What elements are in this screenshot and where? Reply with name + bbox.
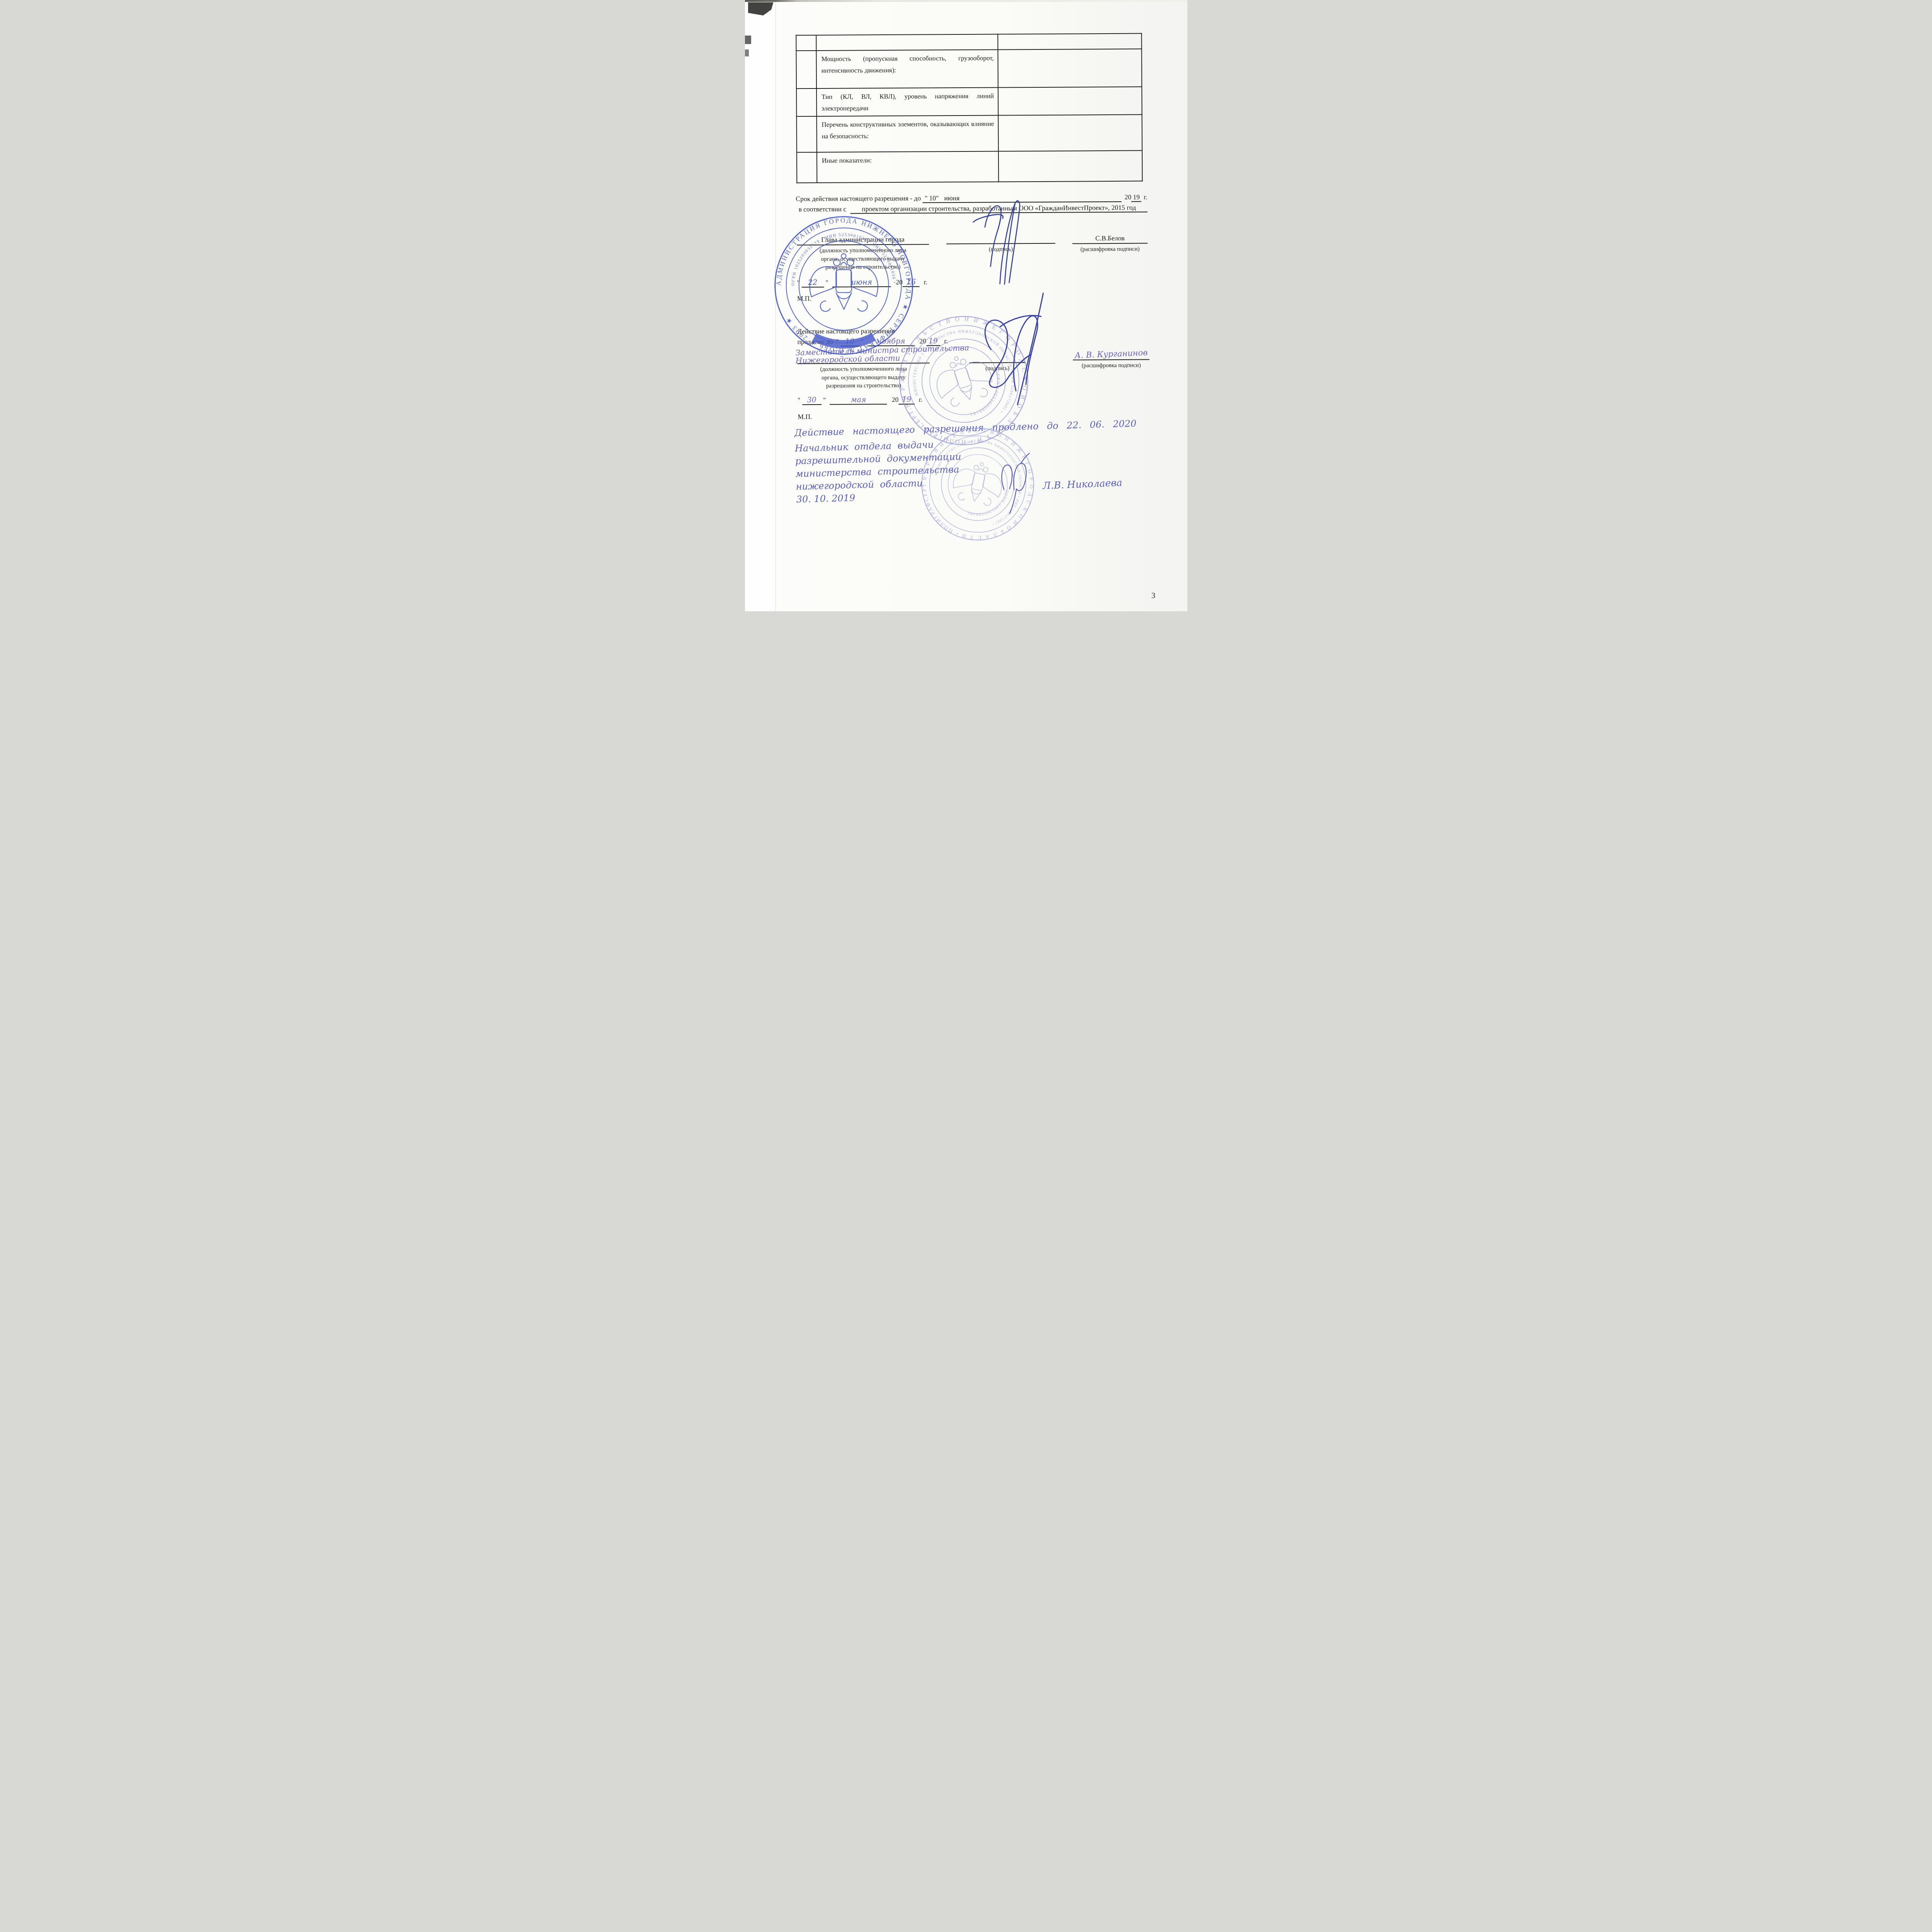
signature-kurganinov: [985, 293, 1044, 405]
validity-day-blank: " 10": [922, 194, 941, 203]
sig1-note-line: разрешения на строительство): [797, 263, 929, 272]
table-cell-label: Иные показатели:: [816, 151, 998, 183]
table-cell-label: Перечень конструктивных элементов, оказы…: [816, 116, 998, 152]
sig1-seal-mark: М.П.: [797, 294, 811, 303]
ext1-sign-column: (подпись): [969, 362, 1025, 373]
page-number: 3: [1151, 591, 1155, 600]
svg-text:ОГРН 1065260099101: ОГРН 1065260099101: [958, 369, 1011, 418]
sig1-date-unit: г.: [923, 278, 927, 286]
ext1-date-month: мая: [830, 395, 887, 405]
ext1-name-handwritten: А. В. Курганинов: [1073, 348, 1150, 360]
table-cell-value: [998, 151, 1142, 182]
table-row: [796, 34, 1141, 51]
sig1-position-title: Глава администрации города: [797, 235, 929, 246]
sig1-sign-column: (подпись): [946, 235, 1055, 254]
ext1-position-column: (должность уполномоченного лица органа, …: [797, 362, 929, 390]
accordance-value: проектом организации строительства, разр…: [850, 204, 1147, 214]
sig1-name-column: С.В.Белов (расшифровка подписи): [1072, 234, 1148, 254]
sig1-name-label: (расшифровка подписи): [1072, 245, 1148, 254]
sig1-name: С.В.Белов: [1072, 234, 1148, 244]
table-row: Перечень конструктивных элементов, оказы…: [796, 115, 1142, 153]
validity-line: Срок действия настоящего разрешения - до…: [796, 193, 1147, 204]
table-cell-num: [796, 88, 816, 116]
sig1-date-month: июня: [832, 278, 891, 287]
ext1-date-line: " 30 " мая 2019 г.: [798, 395, 922, 405]
table-row: Мощность (пропускная способность, грузоо…: [796, 49, 1142, 89]
table-cell-value: [998, 34, 1141, 50]
ext1-date-year-prefix: 20: [892, 396, 899, 403]
ext1-note-line: разрешения на строительство): [798, 381, 930, 390]
table-cell-num: [796, 152, 816, 183]
table-cell-num: [796, 116, 816, 152]
ext1-date-day: 30: [802, 396, 821, 405]
validity-year-blank: 19: [1131, 193, 1141, 202]
sig1-date-year: 16: [902, 278, 919, 287]
table-cell-label: [816, 34, 998, 51]
validity-prefix: Срок действия настоящего разрешения - до: [796, 194, 921, 203]
close-quote: ": [825, 279, 828, 286]
open-quote: ": [798, 396, 800, 404]
validity-month-blank: июня: [941, 193, 1121, 203]
table-row: Иные показатели:: [796, 151, 1142, 183]
sig1-date-line: " 22 " июня 2016 г.: [797, 278, 927, 288]
ext1-date-unit: г.: [918, 396, 922, 403]
ext1-line1: Действие настоящего разрешения: [797, 327, 895, 335]
sig1-date-day: 22: [801, 278, 824, 287]
validity-year-unit: г.: [1143, 193, 1147, 201]
ext1-name-label: (расшифровка подписи): [1073, 362, 1149, 371]
ext1-seal-mark: М.П.: [798, 413, 812, 421]
table-cell-value: [998, 87, 1142, 116]
ext1-day: 10: [840, 337, 859, 346]
close-quote: ": [861, 337, 863, 345]
ext1-note-line: (должность уполномоченного лица: [797, 365, 929, 374]
close-quote: ": [823, 396, 826, 404]
sig1-sign-label: (подпись): [946, 245, 1055, 254]
table-cell-num: [796, 35, 816, 51]
indicators-table: Мощность (пропускная способность, грузоо…: [796, 33, 1143, 184]
open-quote: ": [836, 338, 838, 345]
accordance-prefix: в соответствии с: [798, 205, 846, 214]
accordance-line: в соответствии с проектом организации ст…: [798, 204, 1147, 214]
sig1-position-column: Глава администрации города (должность уп…: [797, 235, 929, 272]
ext1-prefix: продлено до: [797, 338, 833, 345]
ext1-date-year: 19: [898, 395, 915, 405]
validity-year-prefix: 20: [1124, 193, 1131, 201]
table-cell-value: [998, 115, 1142, 151]
sig1-date-year-prefix: 20: [896, 278, 903, 286]
ext1-note-line: органа, осуществляющего выдачу: [797, 373, 929, 382]
sig1-note-line: (должность уполномоченного лица: [797, 247, 929, 255]
table-cell-label: Мощность (пропускная способность, грузоо…: [816, 50, 998, 88]
table-cell-label: Тип (КЛ, ВЛ, КВЛ), уровень напряжения ли…: [816, 88, 998, 116]
open-quote: ": [797, 279, 799, 286]
table-cell-value: [998, 49, 1142, 88]
ext2-handwritten-block: Действие настоящего разрешения продлено …: [794, 417, 1144, 506]
document-content: Мощность (пропускная способность, грузоо…: [745, 0, 1187, 611]
ext1-sign-label: (подпись): [969, 364, 1025, 373]
ext1-year-prefix: 20: [919, 337, 926, 345]
table-row: Тип (КЛ, ВЛ, КВЛ), уровень напряжения ли…: [796, 87, 1142, 117]
stamp-ministry-ogrn-text: ОГРН 1065260099101: [958, 369, 1011, 418]
sig1-sign-line: [946, 235, 1055, 244]
scanned-document-page: Мощность (пропускная способность, грузоо…: [745, 0, 1187, 611]
ext1-name-column: А. В. Курганинов (расшифровка подписи): [1073, 349, 1149, 371]
sig1-note-line: органа, осуществляющего выдачу: [797, 255, 929, 264]
table-cell-num: [796, 51, 816, 88]
